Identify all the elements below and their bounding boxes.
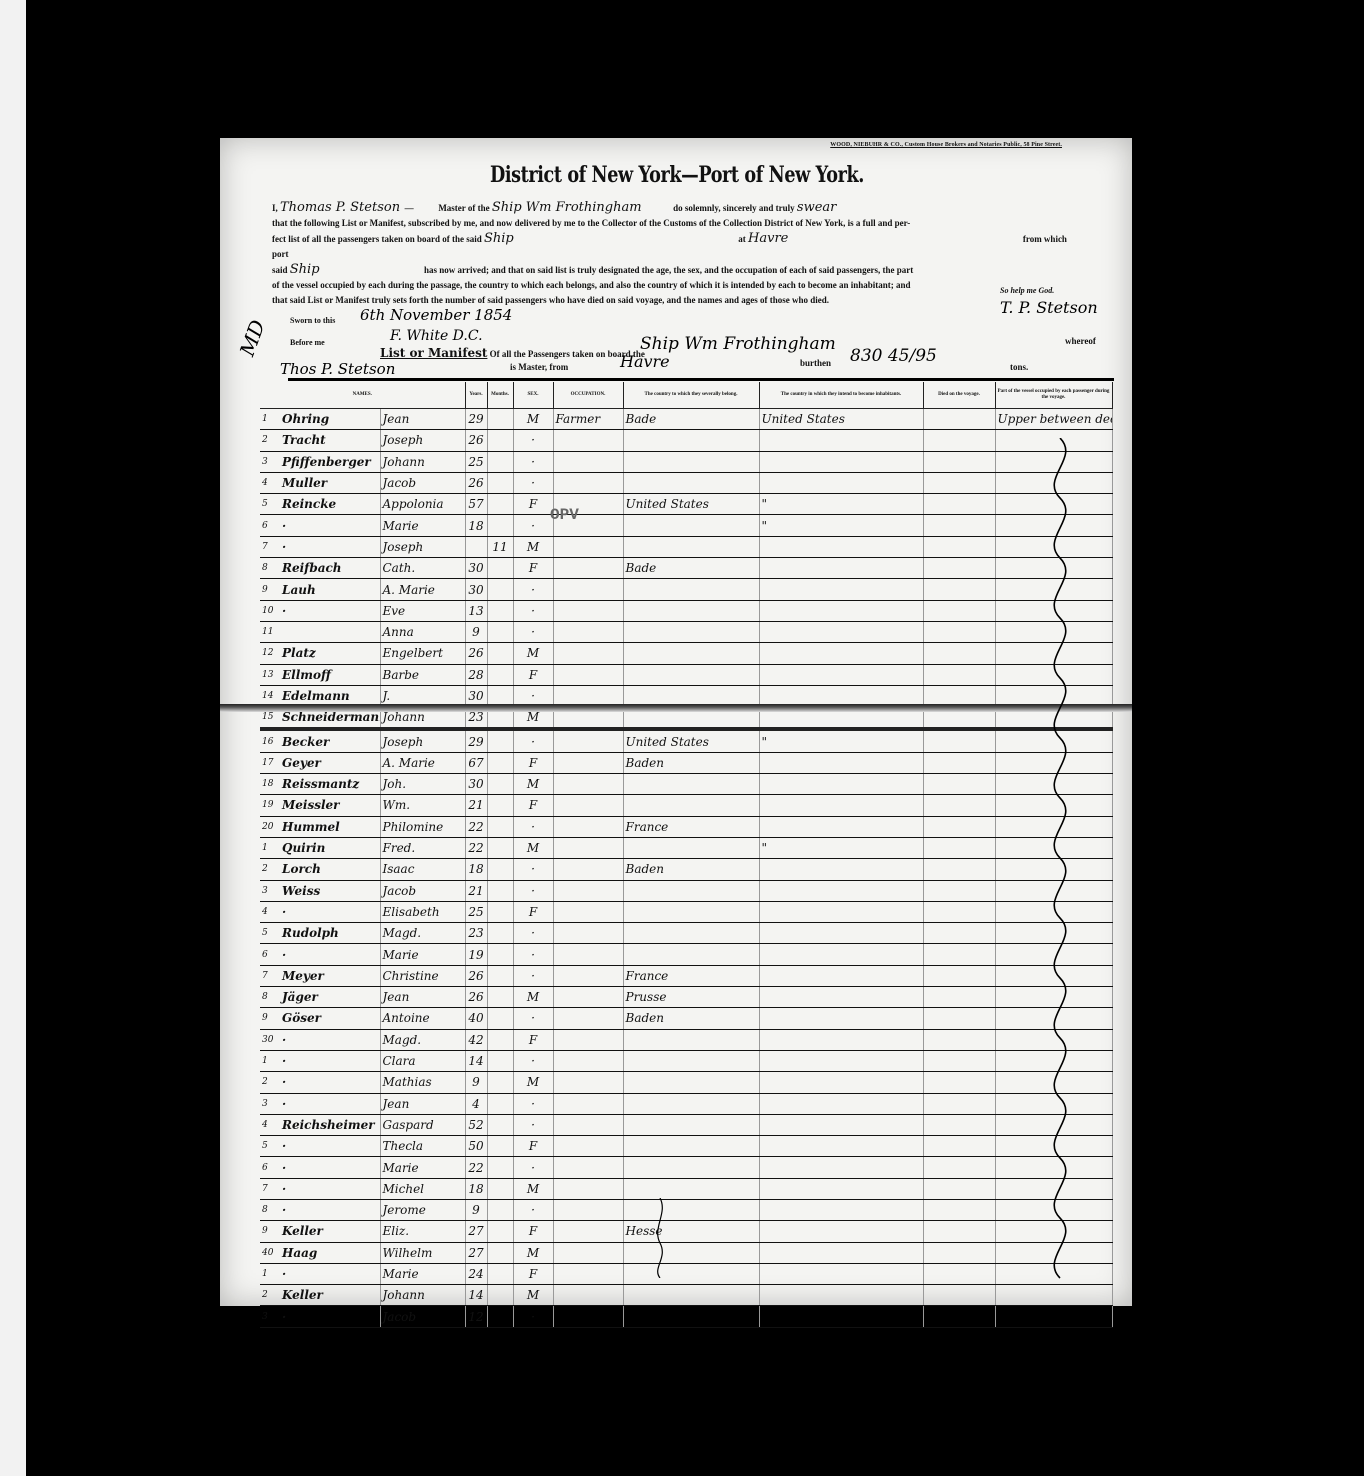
- cell-country-inhabit: [759, 430, 923, 451]
- vessel-name: Ship Wm Frothingham: [492, 200, 642, 215]
- cell-row-number: 12: [260, 643, 280, 664]
- cell-age-years: 21: [465, 880, 487, 901]
- cell-age-years: 14: [465, 1050, 487, 1071]
- cell-occupation: [553, 536, 623, 557]
- cell-died: [923, 774, 995, 795]
- table-row: 9LauhA. Marie30·: [260, 579, 1112, 600]
- cell-age-years: 50: [465, 1136, 487, 1157]
- table-row: 4·Elisabeth25F: [260, 901, 1112, 922]
- swear-text: do solemnly, sincerely and truly: [673, 203, 795, 213]
- whereof-label: whereof: [1065, 336, 1096, 346]
- cell-country-inhabit: [759, 558, 923, 579]
- cell-country-inhabit: [759, 1029, 923, 1050]
- cell-country-inhabit: [759, 880, 923, 901]
- cell-row-number: 9: [260, 1008, 280, 1029]
- col-country-inhabit: The country in which they intend to beco…: [759, 382, 923, 409]
- cell-country-belong: [623, 774, 759, 795]
- cell-age-years: 23: [465, 923, 487, 944]
- cell-country-inhabit: [759, 451, 923, 472]
- cell-sex: M: [513, 1242, 553, 1263]
- cell-country-inhabit: [759, 1157, 923, 1178]
- cell-surname: Ohring: [280, 409, 380, 430]
- cell-sex: ·: [513, 1199, 553, 1220]
- cell-age-years: 30: [465, 774, 487, 795]
- cell-died: [923, 1157, 995, 1178]
- cell-age-months: [487, 1242, 513, 1263]
- cell-age-years: 30: [465, 579, 487, 600]
- cell-country-belong: [623, 1285, 759, 1306]
- cell-age-years: 42: [465, 1029, 487, 1050]
- cell-sex: ·: [513, 430, 553, 451]
- cell-occupation: [553, 880, 623, 901]
- cell-given-name: Johann: [380, 451, 465, 472]
- cell-age-years: 14: [465, 1285, 487, 1306]
- cell-given-name: Anna: [380, 621, 465, 642]
- cell-given-name: Barbe: [380, 664, 465, 685]
- is-master-label: is Master, from: [510, 362, 568, 372]
- cell-given-name: Appolonia: [380, 494, 465, 515]
- cell-sex: ·: [513, 621, 553, 642]
- cell-sex: ·: [513, 1114, 553, 1135]
- cell-country-inhabit: [759, 859, 923, 880]
- cell-occupation: [553, 1050, 623, 1071]
- cell-age-months: [487, 1029, 513, 1050]
- cell-surname: Meyer: [280, 965, 380, 986]
- cell-sex: F: [513, 752, 553, 773]
- oath-line-4: has now arrived; and that on said list i…: [424, 265, 913, 275]
- cell-surname: ·: [280, 536, 380, 557]
- table-row: 1·Marie24F: [260, 1263, 1112, 1284]
- table-row: 7·Michel18M: [260, 1178, 1112, 1199]
- cell-given-name: Marie: [380, 515, 465, 536]
- cell-country-belong: France: [623, 965, 759, 986]
- scan-edge-strip: [0, 0, 26, 1476]
- list-vessel-name: Ship Wm Frothingham: [640, 334, 836, 354]
- cell-sex: ·: [513, 515, 553, 536]
- table-row: 8JägerJean26MPrusse: [260, 987, 1112, 1008]
- cell-age-years: 30: [465, 558, 487, 579]
- cell-row-number: 40: [260, 1242, 280, 1263]
- table-row: 2KellerJohann14M: [260, 1285, 1112, 1306]
- cell-age-months: [487, 1072, 513, 1093]
- cell-age-months: [487, 1136, 513, 1157]
- cell-died: [923, 600, 995, 621]
- cell-sex: ·: [513, 600, 553, 621]
- cell-age-months: [487, 1114, 513, 1135]
- cell-surname: [280, 621, 380, 642]
- cell-row-number: 4: [260, 1114, 280, 1135]
- cell-occupation: [553, 1114, 623, 1135]
- cell-surname: Keller: [280, 1285, 380, 1306]
- cell-age-months: [487, 729, 513, 752]
- cell-occupation: [553, 1199, 623, 1220]
- cell-occupation: [553, 1263, 623, 1284]
- cell-age-years: 22: [465, 1157, 487, 1178]
- cell-given-name: Engelbert: [380, 643, 465, 664]
- cell-row-number: 19: [260, 795, 280, 816]
- col-occupation: OCCUPATION.: [553, 382, 623, 409]
- header-rule: [288, 378, 1114, 381]
- cell-age-years: 26: [465, 643, 487, 664]
- cell-row-number: 6: [260, 944, 280, 965]
- cell-country-inhabit: [759, 579, 923, 600]
- cell-surname: Platz: [280, 643, 380, 664]
- cell-surname: Lauh: [280, 579, 380, 600]
- cell-sex: ·: [513, 1306, 553, 1327]
- cell-country-belong: [623, 664, 759, 685]
- cell-given-name: Christine: [380, 965, 465, 986]
- cell-occupation: [553, 1306, 623, 1327]
- cell-row-number: 5: [260, 923, 280, 944]
- table-row: 11Anna9·: [260, 621, 1112, 642]
- oath-vessel-type-2: Ship: [290, 262, 320, 277]
- cell-country-belong: [623, 1136, 759, 1157]
- cell-row-number: 16: [260, 729, 280, 752]
- cell-country-inhabit: [759, 944, 923, 965]
- cell-age-years: 9: [465, 621, 487, 642]
- sworn-label: Sworn to this: [290, 316, 335, 325]
- cell-country-inhabit: [759, 1178, 923, 1199]
- printer-imprint: WOOD, NIEBUHR & CO., Custom House Broker…: [830, 142, 1062, 148]
- cell-surname: ·: [280, 1199, 380, 1220]
- cell-surname: ·: [280, 1157, 380, 1178]
- cell-died: [923, 859, 995, 880]
- table-row: 4MullerJacob26·: [260, 472, 1112, 493]
- table-row: 17GeyerA. Marie67FBaden: [260, 752, 1112, 773]
- cell-sex: ·: [513, 880, 553, 901]
- cell-sex: ·: [513, 1008, 553, 1029]
- cell-occupation: [553, 1157, 623, 1178]
- cell-age-months: [487, 859, 513, 880]
- cell-sex: M: [513, 536, 553, 557]
- cell-age-months: [487, 600, 513, 621]
- table-row: 30·Magd.42F: [260, 1029, 1112, 1050]
- cell-given-name: Eve: [380, 600, 465, 621]
- cell-surname: Haag: [280, 1242, 380, 1263]
- cell-died: [923, 901, 995, 922]
- cell-age-years: 24: [465, 1263, 487, 1284]
- cell-given-name: Joh.: [380, 774, 465, 795]
- cell-given-name: Magd.: [380, 1029, 465, 1050]
- cell-country-inhabit: [759, 987, 923, 1008]
- cell-occupation: Farmer: [553, 409, 623, 430]
- table-row: 19MeisslerWm.21F: [260, 795, 1112, 816]
- cell-died: [923, 1050, 995, 1071]
- list-heading-label: List or Manifest: [380, 346, 487, 360]
- table-row: 9KellerEliz.27FHesse: [260, 1221, 1112, 1242]
- list-master-signature: Thos P. Stetson: [280, 360, 395, 378]
- oath-at-label: at: [738, 234, 746, 244]
- cell-country-inhabit: [759, 923, 923, 944]
- page-fold: [220, 704, 1132, 712]
- cell-given-name: Jacob: [380, 472, 465, 493]
- cell-age-years: 25: [465, 451, 487, 472]
- cell-occupation: [553, 643, 623, 664]
- table-row: 16BeckerJoseph29·United States": [260, 729, 1112, 752]
- col-age-years: Years.: [465, 382, 487, 409]
- cell-row-number: 20: [260, 816, 280, 837]
- cell-sex: M: [513, 1178, 553, 1199]
- table-row: 4ReichsheimerGaspard52·: [260, 1114, 1112, 1135]
- table-row: 3·Jean4·: [260, 1093, 1112, 1114]
- cell-surname: Muller: [280, 472, 380, 493]
- ditto-squiggle-mark-2: [650, 1198, 670, 1278]
- table-row: 3WeissJacob21·: [260, 880, 1112, 901]
- cell-age-months: [487, 1221, 513, 1242]
- oath-paragraph: I, Thomas P. Stetson — Master of the Shi…: [272, 200, 1072, 308]
- cell-country-belong: [623, 1263, 759, 1284]
- table-row: 6·Marie19·: [260, 944, 1112, 965]
- cell-age-months: [487, 944, 513, 965]
- cell-country-belong: Baden: [623, 859, 759, 880]
- cell-died: [923, 1199, 995, 1220]
- cell-row-number: 4: [260, 901, 280, 922]
- cell-given-name: Fred.: [380, 837, 465, 858]
- cell-occupation: [553, 1008, 623, 1029]
- official-signature: F. White D.C.: [390, 328, 483, 344]
- cell-sex: M: [513, 987, 553, 1008]
- cell-age-years: 67: [465, 752, 487, 773]
- cell-country-belong: [623, 795, 759, 816]
- cell-sex: ·: [513, 1093, 553, 1114]
- cell-country-belong: Bade: [623, 558, 759, 579]
- cell-given-name: Marie: [380, 1157, 465, 1178]
- cell-age-years: 52: [465, 1114, 487, 1135]
- cell-age-months: [487, 1178, 513, 1199]
- cell-occupation: [553, 430, 623, 451]
- cell-occupation: [553, 1221, 623, 1242]
- help-me-god: So help me God.: [1000, 286, 1054, 295]
- cell-died: [923, 1285, 995, 1306]
- cell-country-inhabit: [759, 752, 923, 773]
- table-row: 5·Thecla50F: [260, 1136, 1112, 1157]
- cell-surname: Jäger: [280, 987, 380, 1008]
- cell-died: [923, 451, 995, 472]
- cell-age-years: 25: [465, 901, 487, 922]
- cell-country-belong: [623, 600, 759, 621]
- cell-country-inhabit: ": [759, 837, 923, 858]
- cell-given-name: Isaac: [380, 859, 465, 880]
- cell-country-belong: Prusse: [623, 987, 759, 1008]
- cell-age-years: 29: [465, 729, 487, 752]
- cell-country-belong: [623, 1072, 759, 1093]
- col-sex: SEX.: [513, 382, 553, 409]
- cell-country-belong: Baden: [623, 1008, 759, 1029]
- cell-given-name: Eliz.: [380, 1221, 465, 1242]
- cell-country-belong: United States: [623, 494, 759, 515]
- cell-age-years: 26: [465, 987, 487, 1008]
- cell-died: [923, 1306, 995, 1327]
- col-part-vessel: Part of the vessel occupied by each pass…: [995, 382, 1112, 409]
- cell-age-years: 57: [465, 494, 487, 515]
- cell-country-inhabit: [759, 1242, 923, 1263]
- cell-country-belong: [623, 1114, 759, 1135]
- cell-died: [923, 1221, 995, 1242]
- cell-sex: ·: [513, 729, 553, 752]
- cell-country-inhabit: [759, 1306, 923, 1327]
- cell-country-belong: France: [623, 816, 759, 837]
- cell-occupation: [553, 472, 623, 493]
- table-row: 3·Jacob12·: [260, 1306, 1112, 1327]
- cell-died: [923, 515, 995, 536]
- before-me-label: Before me: [290, 338, 325, 347]
- cell-age-years: 21: [465, 795, 487, 816]
- cell-country-belong: [623, 901, 759, 922]
- cell-occupation: [553, 752, 623, 773]
- cell-died: [923, 536, 995, 557]
- document-title: District of New York—Port of New York.: [490, 162, 864, 188]
- cell-sex: F: [513, 1029, 553, 1050]
- cell-occupation: [553, 1285, 623, 1306]
- cell-age-years: 22: [465, 816, 487, 837]
- cell-given-name: Thecla: [380, 1136, 465, 1157]
- cell-country-belong: [623, 1199, 759, 1220]
- cell-row-number: 18: [260, 774, 280, 795]
- oath-line-2: that the following List or Manifest, sub…: [272, 216, 1072, 231]
- cell-age-months: [487, 1263, 513, 1284]
- cell-given-name: Jerome: [380, 1199, 465, 1220]
- cell-age-years: 18: [465, 859, 487, 880]
- cell-occupation: [553, 901, 623, 922]
- table-row: 9GöserAntoine40·Baden: [260, 1008, 1112, 1029]
- cell-surname: Tracht: [280, 430, 380, 451]
- table-row: 10·Eve13·: [260, 600, 1112, 621]
- cell-surname: Meissler: [280, 795, 380, 816]
- cell-died: [923, 1008, 995, 1029]
- cell-vessel-part: Upper between decks: [995, 409, 1112, 430]
- cell-given-name: Gaspard: [380, 1114, 465, 1135]
- cell-country-inhabit: ": [759, 494, 923, 515]
- cell-given-name: Antoine: [380, 1008, 465, 1029]
- ink-stamp: OPV: [550, 506, 579, 524]
- cell-country-belong: [623, 1242, 759, 1263]
- cell-given-name: Magd.: [380, 923, 465, 944]
- cell-country-belong: [623, 643, 759, 664]
- oath-line-3a: fect list of all the passengers taken on…: [272, 234, 482, 244]
- cell-row-number: 3: [260, 880, 280, 901]
- cell-died: [923, 1072, 995, 1093]
- passenger-table: NAMES. Years. Months. SEX. OCCUPATION. T…: [260, 382, 1113, 1328]
- cell-surname: Geyer: [280, 752, 380, 773]
- cell-age-years: 28: [465, 664, 487, 685]
- table-row: 1OhringJean29MFarmerBadeUnited StatesUpp…: [260, 409, 1112, 430]
- cell-surname: Ellmoff: [280, 664, 380, 685]
- cell-age-months: 11: [487, 536, 513, 557]
- cell-sex: F: [513, 1263, 553, 1284]
- cell-surname: Reichsheimer: [280, 1114, 380, 1135]
- cell-died: [923, 923, 995, 944]
- cell-occupation: [553, 1178, 623, 1199]
- cell-row-number: 2: [260, 859, 280, 880]
- cell-age-months: [487, 880, 513, 901]
- table-row: 2LorchIsaac18·Baden: [260, 859, 1112, 880]
- cell-row-number: 5: [260, 494, 280, 515]
- cell-country-belong: Hesse: [623, 1221, 759, 1242]
- cell-country-inhabit: [759, 621, 923, 642]
- cell-row-number: 2: [260, 430, 280, 451]
- cell-country-belong: Bade: [623, 409, 759, 430]
- cell-occupation: [553, 1242, 623, 1263]
- cell-row-number: 8: [260, 1199, 280, 1220]
- cell-died: [923, 1263, 995, 1284]
- cell-age-months: [487, 774, 513, 795]
- cell-sex: F: [513, 1136, 553, 1157]
- cell-given-name: Philomine: [380, 816, 465, 837]
- master-of-label: Master of the: [438, 203, 489, 213]
- cell-died: [923, 752, 995, 773]
- cell-sex: F: [513, 664, 553, 685]
- cell-given-name: A. Marie: [380, 752, 465, 773]
- cell-age-months: [487, 664, 513, 685]
- cell-given-name: Joseph: [380, 536, 465, 557]
- cell-age-years: 26: [465, 430, 487, 451]
- cell-age-years: 40: [465, 1008, 487, 1029]
- cell-age-months: [487, 752, 513, 773]
- cell-row-number: 17: [260, 752, 280, 773]
- cell-row-number: 1: [260, 837, 280, 858]
- cell-country-belong: [623, 1157, 759, 1178]
- cell-surname: ·: [280, 600, 380, 621]
- burthen-value: 830 45/95: [850, 346, 937, 366]
- cell-died: [923, 430, 995, 451]
- cell-age-months: [487, 515, 513, 536]
- cell-row-number: 13: [260, 664, 280, 685]
- cell-given-name: Joseph: [380, 430, 465, 451]
- cell-country-inhabit: [759, 1114, 923, 1135]
- cell-surname: Quirin: [280, 837, 380, 858]
- cell-country-belong: [623, 880, 759, 901]
- sworn-date: 6th November 1854: [360, 306, 512, 324]
- cell-age-months: [487, 579, 513, 600]
- cell-row-number: 11: [260, 621, 280, 642]
- cell-given-name: Jacob: [380, 880, 465, 901]
- master-name: Thomas P. Stetson: [280, 200, 400, 215]
- cell-given-name: Jean: [380, 409, 465, 430]
- cell-surname: Weiss: [280, 880, 380, 901]
- cell-age-months: [487, 643, 513, 664]
- cell-surname: Reissmantz: [280, 774, 380, 795]
- cell-country-inhabit: [759, 1285, 923, 1306]
- cell-sex: M: [513, 1072, 553, 1093]
- cell-occupation: [553, 816, 623, 837]
- table-row: 5RudolphMagd.23·: [260, 923, 1112, 944]
- cell-age-months: [487, 472, 513, 493]
- cell-age-months: [487, 1199, 513, 1220]
- cell-country-belong: [623, 621, 759, 642]
- cell-occupation: [553, 987, 623, 1008]
- cell-row-number: 1: [260, 1263, 280, 1284]
- cell-surname: ·: [280, 944, 380, 965]
- cell-row-number: 9: [260, 1221, 280, 1242]
- cell-sex: M: [513, 774, 553, 795]
- cell-age-months: [487, 987, 513, 1008]
- cell-age-months: [487, 409, 513, 430]
- cell-died: [923, 837, 995, 858]
- cell-age-years: 9: [465, 1199, 487, 1220]
- table-row: 7MeyerChristine26·France: [260, 965, 1112, 986]
- cell-died: [923, 621, 995, 642]
- cell-given-name: A. Marie: [380, 579, 465, 600]
- cell-country-belong: Baden: [623, 752, 759, 773]
- cell-occupation: [553, 1093, 623, 1114]
- cell-occupation: [553, 729, 623, 752]
- cell-died: [923, 816, 995, 837]
- table-row: 13EllmoffBarbe28F: [260, 664, 1112, 685]
- cell-occupation: [553, 965, 623, 986]
- cell-died: [923, 643, 995, 664]
- cell-age-years: [465, 536, 487, 557]
- cell-given-name: Elisabeth: [380, 901, 465, 922]
